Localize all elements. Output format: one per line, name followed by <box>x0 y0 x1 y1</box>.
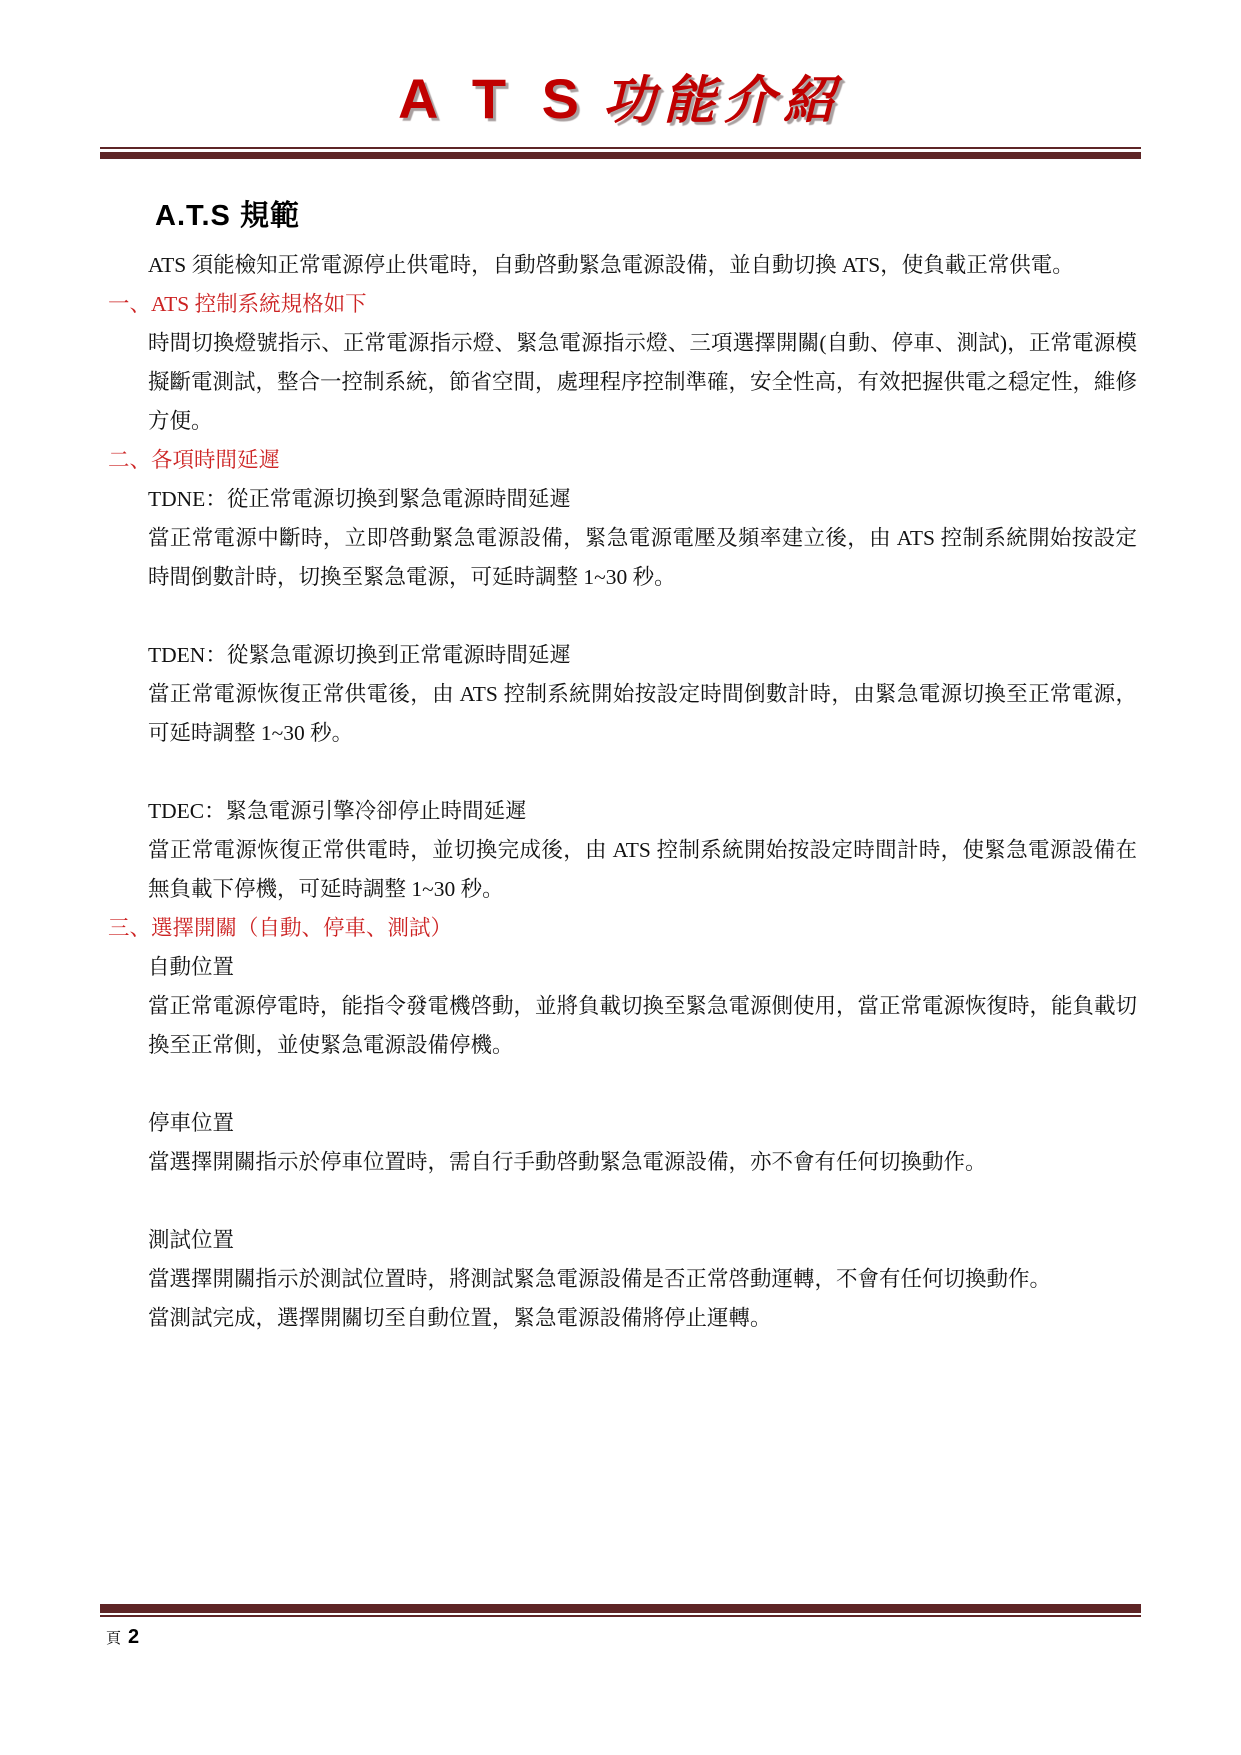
section-heading: 三、選擇開關（自動、停車、測試） <box>108 909 1137 948</box>
paragraph-block: 時間切換燈號指示、正常電源指示燈、緊急電源指示燈、三項選擇開關(自動、停車、測試… <box>108 324 1137 441</box>
paragraph-block: TDEC：緊急電源引擎冷卻停止時間延遲當正常電源恢復正常供電時，並切換完成後，由… <box>108 792 1137 909</box>
body-paragraph: 當正常電源恢復正常供電後，由 ATS 控制系統開始按設定時間倒數計時，由緊急電源… <box>148 675 1137 753</box>
document-page: A T S功能介紹 A.T.S 規範 ATS 須能檢知正常電源停止供電時，自動啓… <box>0 0 1241 1755</box>
paragraph-block: 測試位置當選擇開關指示於測試位置時，將測試緊急電源設備是否正常啓動運轉，不會有任… <box>108 1221 1137 1338</box>
footer-divider <box>100 1604 1141 1617</box>
body-paragraph: 自動位置 <box>148 948 1137 987</box>
section-heading: 一、ATS 控制系統規格如下 <box>108 285 1137 324</box>
sections-container: 一、ATS 控制系統規格如下時間切換燈號指示、正常電源指示燈、緊急電源指示燈、三… <box>108 285 1137 1338</box>
body-paragraph: TDEC：緊急電源引擎冷卻停止時間延遲 <box>148 792 1137 831</box>
paragraph-block: 停車位置當選擇開關指示於停車位置時，需自行手動啓動緊急電源設備，亦不會有任何切換… <box>108 1104 1137 1182</box>
body-paragraph: 當正常電源停電時，能指令發電機啓動，並將負載切換至緊急電源側使用，當正常電源恢復… <box>148 987 1137 1065</box>
body-paragraph: 當選擇開關指示於停車位置時，需自行手動啓動緊急電源設備，亦不會有任何切換動作。 <box>148 1143 1137 1182</box>
header-divider <box>100 147 1141 159</box>
page-number: 頁2 <box>100 1626 1141 1649</box>
intro-paragraph: ATS 須能檢知正常電源停止供電時，自動啓動緊急電源設備，並自動切換 ATS，使… <box>148 246 1137 285</box>
body-paragraph: 當正常電源中斷時，立即啓動緊急電源設備，緊急電源電壓及頻率建立後，由 ATS 控… <box>148 519 1137 597</box>
footer-divider-thin-line <box>100 1615 1141 1617</box>
spec-heading: A.T.S 規範 <box>155 193 1137 234</box>
page-number-value: 2 <box>128 1626 139 1648</box>
paragraph-block: 自動位置當正常電源停電時，能指令發電機啓動，並將負載切換至緊急電源側使用，當正常… <box>108 948 1137 1065</box>
title-cjk: 功能介紹 <box>603 73 843 130</box>
section: 二、各項時間延遲TDNE：從正常電源切換到緊急電源時間延遲當正常電源中斷時，立即… <box>108 441 1137 909</box>
page-title: A T S功能介紹 <box>0 58 1241 133</box>
header-divider-thin-line <box>100 147 1141 149</box>
page-number-label: 頁 <box>106 1631 121 1647</box>
document-footer: 頁2 <box>100 1604 1141 1649</box>
body-paragraph: 時間切換燈號指示、正常電源指示燈、緊急電源指示燈、三項選擇開關(自動、停車、測試… <box>148 324 1137 441</box>
section: 一、ATS 控制系統規格如下時間切換燈號指示、正常電源指示燈、緊急電源指示燈、三… <box>108 285 1137 441</box>
paragraph-block: TDEN：從緊急電源切換到正常電源時間延遲當正常電源恢復正常供電後，由 ATS … <box>108 636 1137 753</box>
body-paragraph: 測試位置 <box>148 1221 1137 1260</box>
body-paragraph: 停車位置 <box>148 1104 1137 1143</box>
body-paragraph: 當正常電源恢復正常供電時，並切換完成後，由 ATS 控制系統開始按設定時間計時，… <box>148 831 1137 909</box>
title-latin: A T S <box>398 67 589 130</box>
document-body: A.T.S 規範 ATS 須能檢知正常電源停止供電時，自動啓動緊急電源設備，並自… <box>108 193 1137 1338</box>
body-paragraph: TDEN：從緊急電源切換到正常電源時間延遲 <box>148 636 1137 675</box>
body-paragraph: 當測試完成，選擇開關切至自動位置，緊急電源設備將停止運轉。 <box>148 1299 1137 1338</box>
paragraph-block: TDNE：從正常電源切換到緊急電源時間延遲當正常電源中斷時，立即啓動緊急電源設備… <box>108 480 1137 597</box>
section-heading: 二、各項時間延遲 <box>108 441 1137 480</box>
footer-divider-thick-bar <box>100 1604 1141 1613</box>
document-header: A T S功能介紹 <box>0 0 1241 159</box>
header-divider-thick-bar <box>100 152 1141 159</box>
body-paragraph: TDNE：從正常電源切換到緊急電源時間延遲 <box>148 480 1137 519</box>
body-paragraph: 當選擇開關指示於測試位置時，將測試緊急電源設備是否正常啓動運轉，不會有任何切換動… <box>148 1260 1137 1299</box>
section: 三、選擇開關（自動、停車、測試）自動位置當正常電源停電時，能指令發電機啓動，並將… <box>108 909 1137 1338</box>
